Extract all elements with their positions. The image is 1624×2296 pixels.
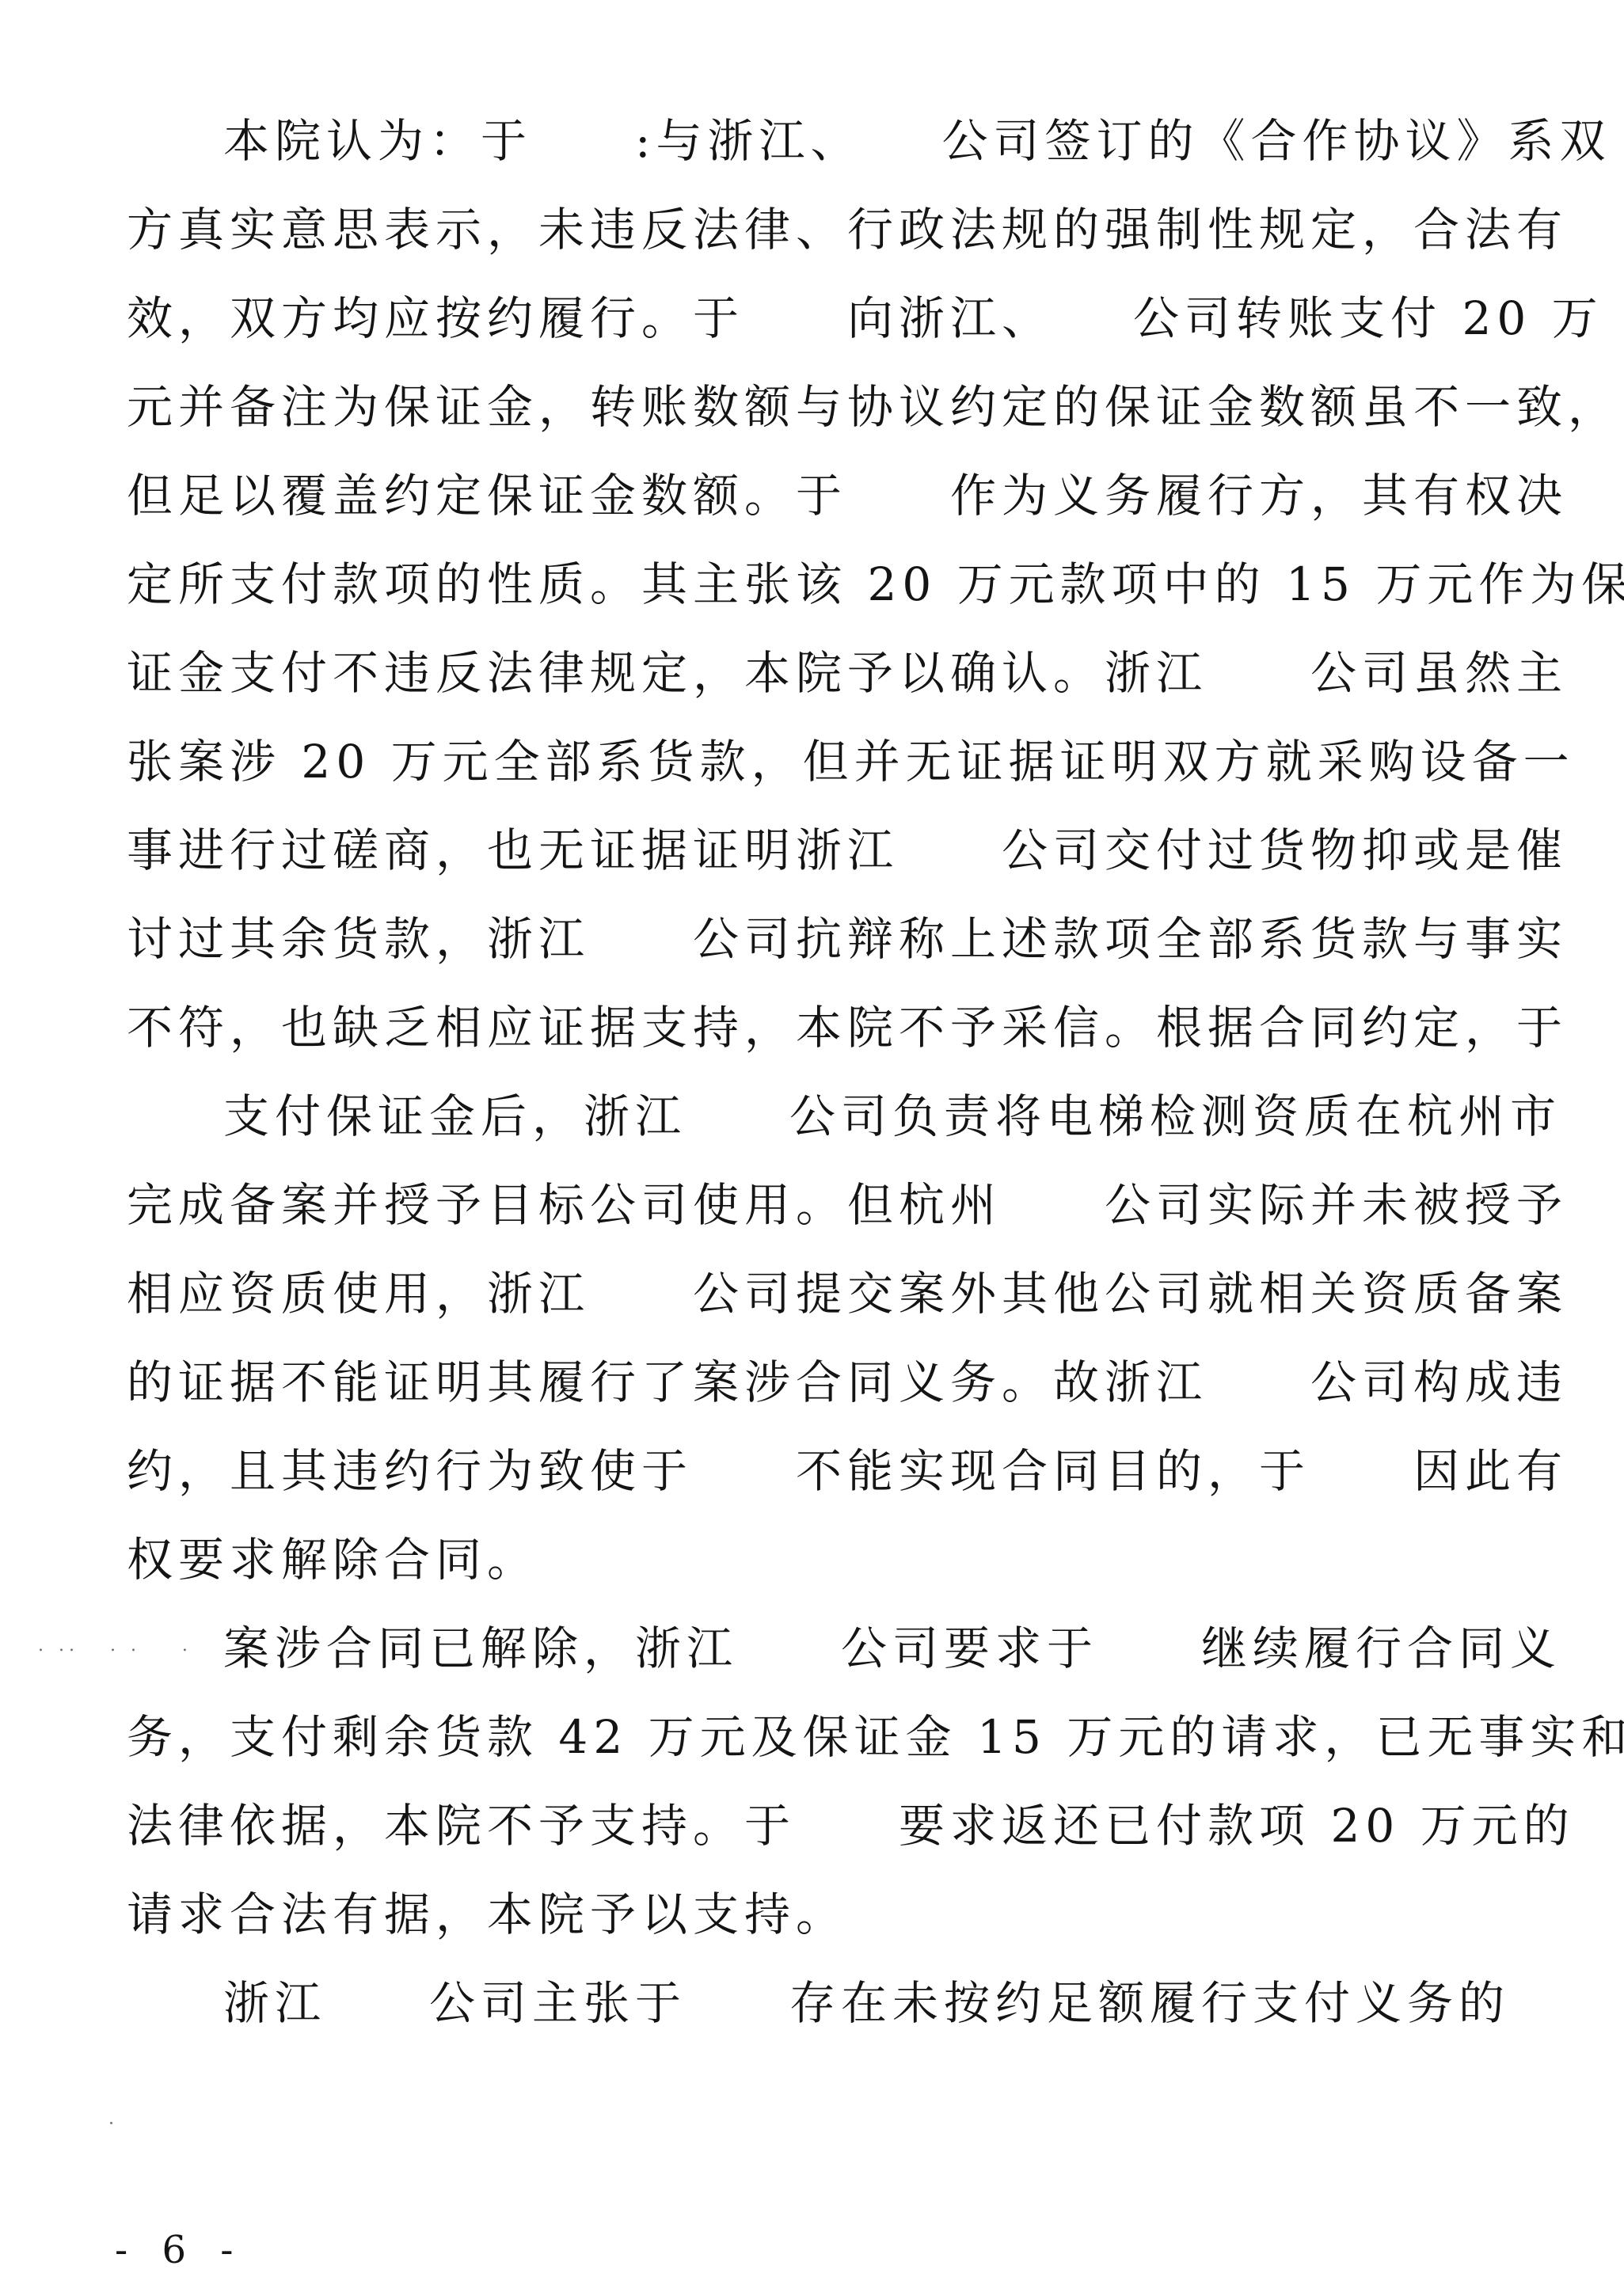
text-line: 但足以覆盖约定保证金数额。于 作为义务履行方，其有权决 xyxy=(127,464,1552,527)
text-line: 完成备案并授予目标公司使用。但杭州 公司实际并未被授予 xyxy=(127,1173,1552,1237)
document-page: 本院认为：于 :与浙江、 公司签订的《合作协议》系双 方真实意思表示，未违反法律… xyxy=(0,0,1624,2296)
text-line: 务，支付剩余货款 42 万元及保证金 15 万元的请求，已无事实和 xyxy=(127,1705,1552,1769)
scan-speck xyxy=(110,2122,112,2124)
text-line: 证金支付不违反法律规定，本院予以确认。浙江 公司虽然主 xyxy=(127,641,1552,705)
text-line: 定所支付款项的性质。其主张该 20 万元款项中的 15 万元作为保 xyxy=(127,553,1552,616)
text-line: 不符，也缺乏相应证据支持，本院不予采信。根据合同约定，于 xyxy=(127,996,1552,1059)
text-line: 讨过其余货款，浙江 公司抗辩称上述款项全部系货款与事实 xyxy=(127,907,1552,971)
text-line: 浙江 公司主张于 存在未按约足额履行支付义务的 xyxy=(223,1971,1624,2035)
text-line: 的证据不能证明其履行了案涉合同义务。故浙江 公司构成违 xyxy=(127,1351,1552,1414)
text-line: 效，双方均应按约履行。于 向浙江、 公司转账支付 20 万 xyxy=(127,287,1552,350)
text-line: 相应资质使用，浙江 公司提交案外其他公司就相关资质备案 xyxy=(127,1262,1552,1325)
text-line: 本院认为：于 :与浙江、 公司签订的《合作协议》系双 xyxy=(223,109,1624,173)
text-line: 支付保证金后，浙江 公司负责将电梯检测资质在杭州市 xyxy=(223,1085,1624,1148)
text-line: 张案涉 20 万元全部系货款，但并无证据证明双方就采购设备一 xyxy=(127,730,1552,793)
text-line: 元并备注为保证金，转账数额与协议约定的保证金数额虽不一致， xyxy=(127,375,1552,439)
text-line: 方真实意思表示，未违反法律、行政法规的强制性规定，合法有 xyxy=(127,198,1552,261)
text-line: 权要求解除合同。 xyxy=(127,1528,1552,1591)
text-line: 案涉合同已解除，浙江 公司要求于 继续履行合同义 xyxy=(223,1617,1624,1680)
text-line: 请求合法有据，本院予以支持。 xyxy=(127,1883,1552,1946)
text-line: 约，且其违约行为致使于 不能实现合同目的，于 因此有 xyxy=(127,1439,1552,1503)
text-line: 法律依据，本院不予支持。于 要求返还已付款项 20 万元的 xyxy=(127,1794,1552,1857)
page-number: - 6 - xyxy=(115,2226,245,2274)
text-line: 事进行过磋商，也无证据证明浙江 公司交付过货物抑或是催 xyxy=(127,819,1552,882)
scan-artifact-dots: . .. . . . xyxy=(38,1636,192,1655)
